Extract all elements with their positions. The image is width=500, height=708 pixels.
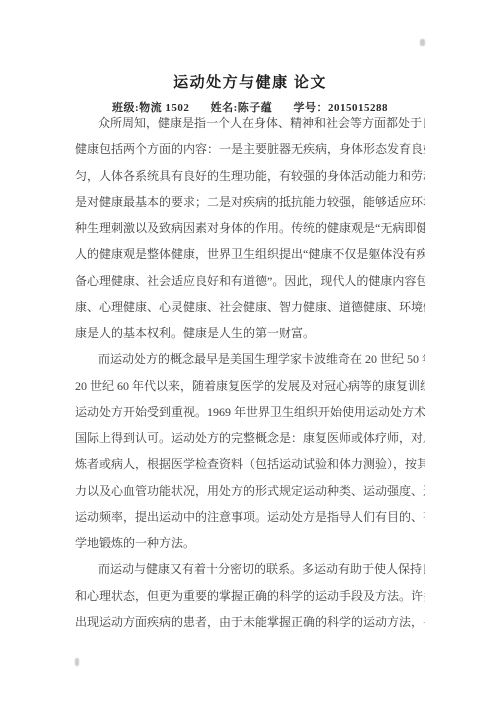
body-line: 而运动与健康又有着十分密切的联系。多运动有助于使人保持良好的生理	[75, 556, 425, 582]
body-line: 种生理刺激以及致病因素对身体的作用。传统的健康观是“无病即健康”，现代	[75, 215, 425, 241]
scan-artifact-mark	[420, 39, 425, 46]
document-page: 运动处方与健康 论文 班级:物流 1502 姓名:陈子蕴 学号：20150152…	[0, 0, 500, 708]
document-body: 众所周知，健康是指一个人在身体、精神和社会等方面都处于良好的状态。 健康包括两个…	[75, 110, 425, 635]
body-line: 出现运动方面疾病的患者，由于未能掌握正确的科学的运动方法，导致在运动	[75, 609, 425, 635]
body-line: 炼者或病人，根据医学检查资料（包括运动试验和体力测验），按其健康、体	[75, 451, 425, 477]
body-line: 运动处方开始受到重视。1969 年世界卫生组织开始使用运动处方术语，从而在	[75, 399, 425, 425]
body-line: 众所周知，健康是指一个人在身体、精神和社会等方面都处于良好的状态。	[75, 110, 425, 136]
body-line: 人的健康观是整体健康，世界卫生组织提出“健康不仅是躯体没有疾病，还要具	[75, 241, 425, 267]
body-line: 是对健康最基本的要求；二是对疾病的抵抗能力较强，能够适应环境变化，各	[75, 189, 425, 215]
body-line: 学地锻炼的一种方法。	[75, 530, 425, 556]
body-line: 健康包括两个方面的内容：一是主要脏器无疾病，身体形态发育良好，体形均	[75, 136, 425, 162]
body-line: 匀，人体各系统具有良好的生理功能，有较强的身体活动能力和劳动能力，这	[75, 163, 425, 189]
body-line: 和心理状态，但更为重要的掌握正确的科学的运动手段及方法。许多人尤其是	[75, 583, 425, 609]
body-line: 备心理健康、社会适应良好和有道德”。因此，现代人的健康内容包括：躯体健	[75, 268, 425, 294]
body-line: 康、心理健康、心灵健康、社会健康、智力健康、道德健康、环境健康等。健	[75, 294, 425, 320]
body-line: 运动频率，提出运动中的注意事项。运动处方是指导人们有目的、有计划和科	[75, 504, 425, 530]
body-line: 而运动处方的概念最早是美国生理学家卡波维奇在 20 世纪 50 年代提出的。	[75, 346, 425, 372]
body-line: 国际上得到认可。运动处方的完整概念是：康复医师或体疗师，对从事体育锻	[75, 425, 425, 451]
body-line: 力以及心血管功能状况，用处方的形式规定运动种类、运动强度、运动时间及	[75, 478, 425, 504]
body-line: 康是人的基本权利。健康是人生的第一财富。	[75, 320, 425, 346]
scan-artifact-mark	[75, 658, 79, 666]
document-title: 运动处方与健康 论文	[0, 71, 500, 92]
body-line: 20 世纪 60 年代以来，随着康复医学的发展及对冠心病等的康复训练的开展，	[75, 373, 425, 399]
